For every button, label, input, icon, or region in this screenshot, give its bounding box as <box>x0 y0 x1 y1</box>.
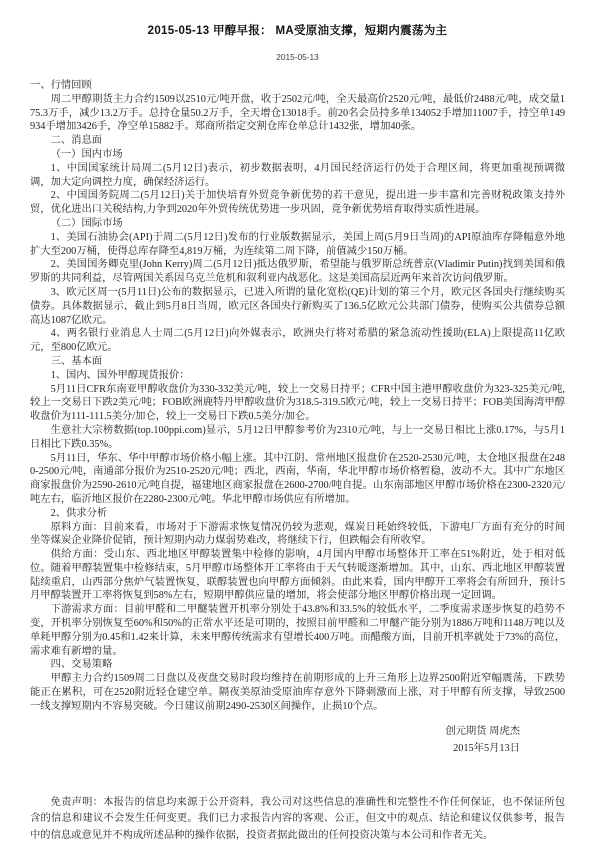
para-spot-quotes-1: 5月11日CFR东南亚甲醇收盘价为330-332美元/吨，较上一交易日持平；CF… <box>30 383 565 424</box>
para-international-1: 1、美国石油协会(API)于周二(5月12日)发布的行业版数据显示，美国上周(5… <box>30 231 565 259</box>
heading-fundamentals: 三、基本面 <box>30 355 565 369</box>
para-spot-quotes-2: 生意社大宗榜数据(top.100ppi.com)显示，5月12日甲醇参考价为23… <box>30 424 565 452</box>
para-supply: 供给方面：受山东、西北地区甲醇装置集中检修的影响，4月国内甲醇市场整体开工率在5… <box>30 548 565 603</box>
heading-domestic-market: （一）国内市场 <box>30 148 565 162</box>
disclaimer-text: 免责声明：本报告的信息均来源于公开资料，我公司对这些信息的准确性和完整性不作任何… <box>30 795 565 842</box>
para-domestic-1: 1、中国国家统计局周二(5月12日)表示，初步数据表明，4月国民经济运行仍处于合… <box>30 162 565 190</box>
heading-market-review: 一、行情回顾 <box>30 79 565 93</box>
heading-trading-strategy: 四、交易策略 <box>30 658 565 672</box>
para-market-review: 周二甲醇期货主力合约1509以2510元/吨开盘，收于2502元/吨，全天最高价… <box>30 93 565 134</box>
para-domestic-2: 2、中国国务院周二(5月12日)关于加快培育外贸竞争新优势的若干意见，提出进一步… <box>30 189 565 217</box>
report-body: 一、行情回顾 周二甲醇期货主力合约1509以2510元/吨开盘，收于2502元/… <box>30 79 565 714</box>
para-international-4: 4、两名银行业消息人士周二(5月12日)向外媒表示，欧洲央行将对希腊的紧急流动性… <box>30 327 565 355</box>
para-downstream-demand: 下游需求方面：目前甲醛和二甲醚装置开机率分别处于43.8%和33.5%的较低水平… <box>30 603 565 658</box>
heading-news: 二、消息面 <box>30 134 565 148</box>
report-date: 2015-05-13 <box>30 52 565 62</box>
para-spot-quotes-3: 5月11日，华东、华中甲醇市场价格小幅上涨。其中江阴、常州地区报盘价在2520-… <box>30 452 565 507</box>
report-title: 2015-05-13 甲醇早报： MA受原油支撑，短期内震荡为主 <box>30 24 565 39</box>
para-raw-material: 原料方面：目前来看，市场对于下游需求恢复情况仍较为悲观，煤炭日耗始终较低，下游电… <box>30 521 565 549</box>
signature-author: 创元期货 周虎杰 <box>30 723 520 740</box>
heading-supply-demand: 2、供求分析 <box>30 507 565 521</box>
heading-international-market: （二）国际市场 <box>30 217 565 231</box>
heading-spot-quotes: 1、国内、国外甲醇现货报价： <box>30 369 565 383</box>
para-international-2: 2、美国国务卿克里(John Kerry)周二(5月12日)抵达俄罗斯，希望能与… <box>30 258 565 286</box>
signature-block: 创元期货 周虎杰 2015年5月13日 <box>30 723 565 757</box>
para-trading-strategy: 甲醇主力合约1509周二日盘以及夜盘交易时段均维持在前期形成的上升三角形上边界2… <box>30 672 565 713</box>
signature-date: 2015年5月13日 <box>30 740 520 757</box>
para-international-3: 3、欧元区周一(5月11日)公布的数据显示，已进入所谓的量化宽松(QE)计划的第… <box>30 286 565 327</box>
report-page: 2015-05-13 甲醇早报： MA受原油支撑，短期内震荡为主 2015-05… <box>0 0 595 842</box>
